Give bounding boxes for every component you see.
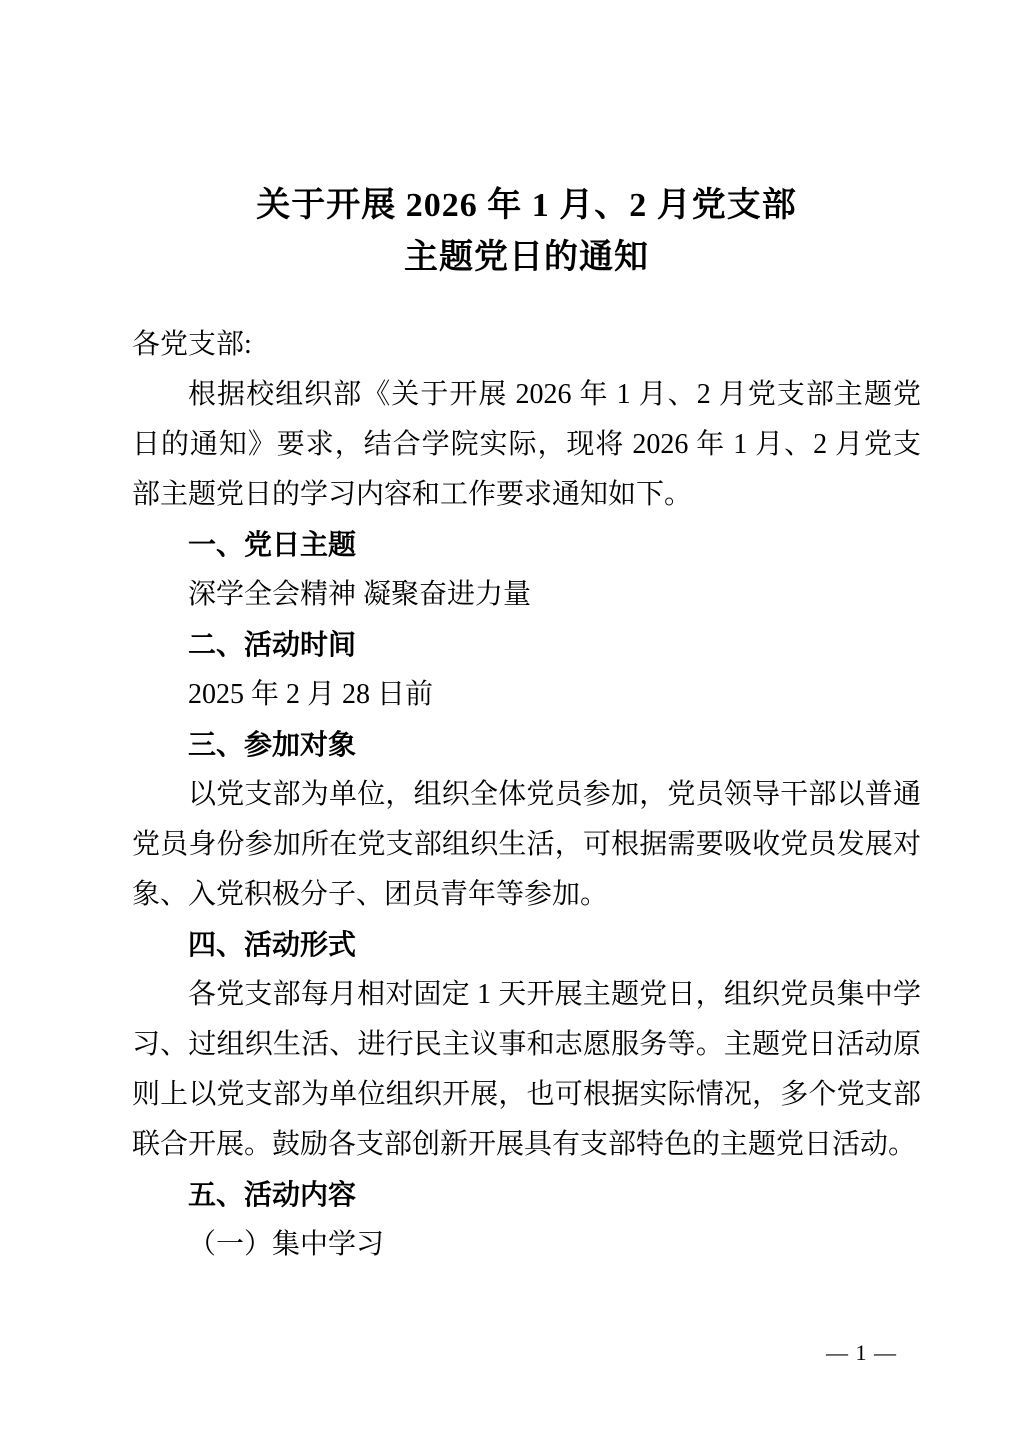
document-title: 关于开展 2026 年 1 月、2 月党支部 主题党日的通知 (132, 180, 921, 284)
section-2-heading: 二、活动时间 (132, 620, 921, 670)
section-5-heading: 五、活动内容 (132, 1170, 921, 1220)
document-title-line-1: 关于开展 2026 年 1 月、2 月党支部 (132, 180, 921, 232)
page-number: — 1 — (826, 1340, 897, 1366)
document-title-line-2: 主题党日的通知 (132, 232, 921, 284)
document-content: 关于开展 2026 年 1 月、2 月党支部 主题党日的通知 各党支部: 根据校… (132, 180, 921, 1270)
section-1-body: 深学全会精神 凝聚奋进力量 (132, 570, 921, 620)
section-3-heading: 三、参加对象 (132, 720, 921, 770)
section-4-body: 各党支部每月相对固定 1 天开展主题党日，组织党员集中学习、过组织生活、进行民主… (132, 970, 921, 1170)
section-2-body: 2025 年 2 月 28 日前 (132, 670, 921, 720)
section-4-heading: 四、活动形式 (132, 920, 921, 970)
salutation: 各党支部: (132, 320, 921, 370)
intro-paragraph: 根据校组织部《关于开展 2026 年 1 月、2 月党支部主题党日的通知》要求，… (132, 370, 921, 520)
section-3-body: 以党支部为单位，组织全体党员参加，党员领导干部以普通党员身份参加所在党支部组织生… (132, 770, 921, 920)
section-5-subheading: （一）集中学习 (132, 1220, 921, 1270)
section-1-heading: 一、党日主题 (132, 520, 921, 570)
notice-document-page: 关于开展 2026 年 1 月、2 月党支部 主题党日的通知 各党支部: 根据校… (0, 0, 1024, 1448)
